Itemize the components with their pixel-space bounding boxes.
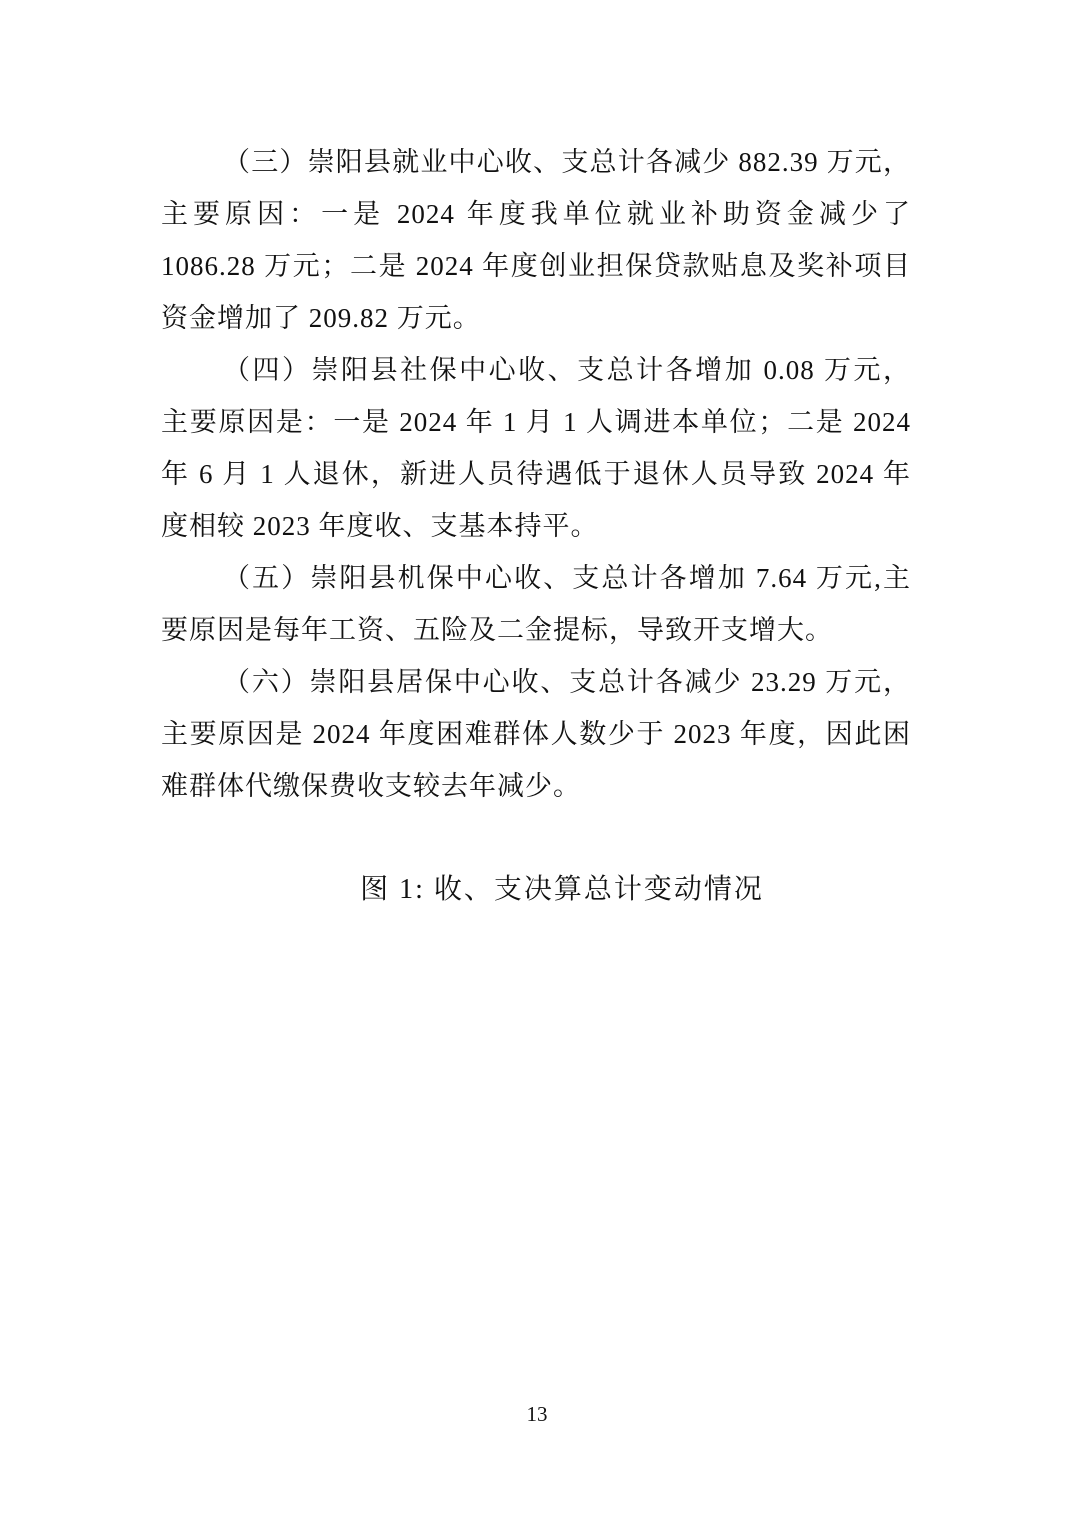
text-line: （四）崇阳县社保中心收、支总计各增加 0.08 万元， — [161, 344, 911, 396]
document-body: （三）崇阳县就业中心收、支总计各减少 882.39 万元，主要原因：一是 202… — [161, 136, 911, 812]
text-line: 主要原因：一是 2024 年度我单位就业补助资金减少了 — [161, 188, 911, 240]
text-line: 难群体代缴保费收支较去年减少。 — [161, 760, 911, 812]
paragraph-section-6: （六）崇阳县居保中心收、支总计各减少 23.29 万元，主要原因是 2024 年… — [161, 656, 911, 812]
page-number: 13 — [0, 1399, 1074, 1429]
paragraph-section-4: （四）崇阳县社保中心收、支总计各增加 0.08 万元，主要原因是：一是 2024… — [161, 344, 911, 552]
paragraph-section-5: （五）崇阳县机保中心收、支总计各增加 7.64 万元,主要原因是每年工资、五险及… — [161, 552, 911, 656]
document-content: （三）崇阳县就业中心收、支总计各减少 882.39 万元，主要原因：一是 202… — [161, 136, 911, 916]
text-line: 度相较 2023 年度收、支基本持平。 — [161, 500, 911, 552]
text-line: （五）崇阳县机保中心收、支总计各增加 7.64 万元,主 — [161, 552, 911, 604]
text-line: 1086.28 万元；二是 2024 年度创业担保贷款贴息及奖补项目 — [161, 240, 911, 292]
text-line: 资金增加了 209.82 万元。 — [161, 292, 911, 344]
text-line: 主要原因是 2024 年度困难群体人数少于 2023 年度，因此困 — [161, 708, 911, 760]
document-page: （三）崇阳县就业中心收、支总计各减少 882.39 万元，主要原因：一是 202… — [0, 0, 1074, 1520]
text-line: （六）崇阳县居保中心收、支总计各减少 23.29 万元， — [161, 656, 911, 708]
figure-caption: 图 1: 收、支决算总计变动情况 — [161, 864, 911, 916]
text-line: 要原因是每年工资、五险及二金提标，导致开支增大。 — [161, 604, 911, 656]
text-line: （三）崇阳县就业中心收、支总计各减少 882.39 万元， — [161, 136, 911, 188]
paragraph-section-3: （三）崇阳县就业中心收、支总计各减少 882.39 万元，主要原因：一是 202… — [161, 136, 911, 344]
text-line: 主要原因是：一是 2024 年 1 月 1 人调进本单位；二是 2024 — [161, 396, 911, 448]
text-line: 年 6 月 1 人退休，新进人员待遇低于退休人员导致 2024 年 — [161, 448, 911, 500]
